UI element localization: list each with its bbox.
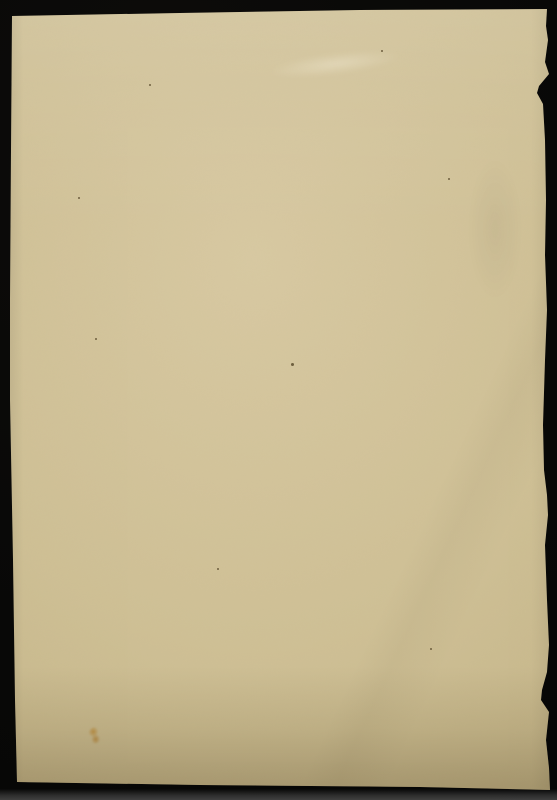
bottom-right-edge-glint: [380, 791, 555, 796]
paper-sheet: [10, 9, 550, 791]
paper-grain-texture: [10, 9, 550, 791]
photo-backdrop: [0, 0, 557, 800]
bottom-left-edge-glint: [26, 783, 52, 791]
crease-shadow-right: [450, 129, 540, 329]
crease-highlight-top: [249, 37, 422, 91]
